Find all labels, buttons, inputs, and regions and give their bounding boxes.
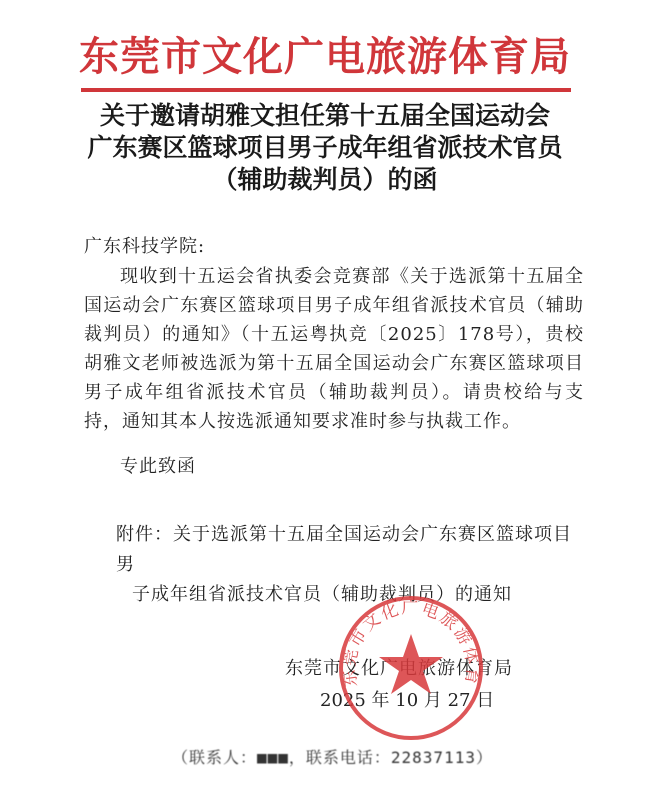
issuer-masthead: 东莞市文化广电旅游体育局 [0,34,650,80]
contact-info: （联系人：■■■，联系电话：22837113） [172,745,493,768]
masthead-red-rule [81,88,571,92]
closing-phrase: 专此致函 [120,452,620,478]
star-icon [379,634,443,694]
title-line-3: （辅助裁判员）的函 [0,164,650,196]
letter-body-paragraph: 现收到十五运会省执委会竞赛部《关于选派第十五届全国运动会广东赛区篮球项目男子成年… [84,262,584,436]
official-seal-icon: 东莞市文化广电旅游体育局 [337,594,485,742]
letter-page: 东莞市文化广电旅游体育局 关于邀请胡雅文担任第十五届全国运动会 广东赛区篮球项目… [0,0,650,809]
attachment-line-1: 附件：关于选派第十五届全国运动会广东赛区篮球项目男 [116,524,572,575]
title-line-2: 广东赛区篮球项目男子成年组省派技术官员 [0,132,650,164]
document-title: 关于邀请胡雅文担任第十五届全国运动会 广东赛区篮球项目男子成年组省派技术官员 （… [0,100,650,196]
salutation: 广东科技学院: [84,232,584,258]
title-line-1: 关于邀请胡雅文担任第十五届全国运动会 [0,100,650,132]
